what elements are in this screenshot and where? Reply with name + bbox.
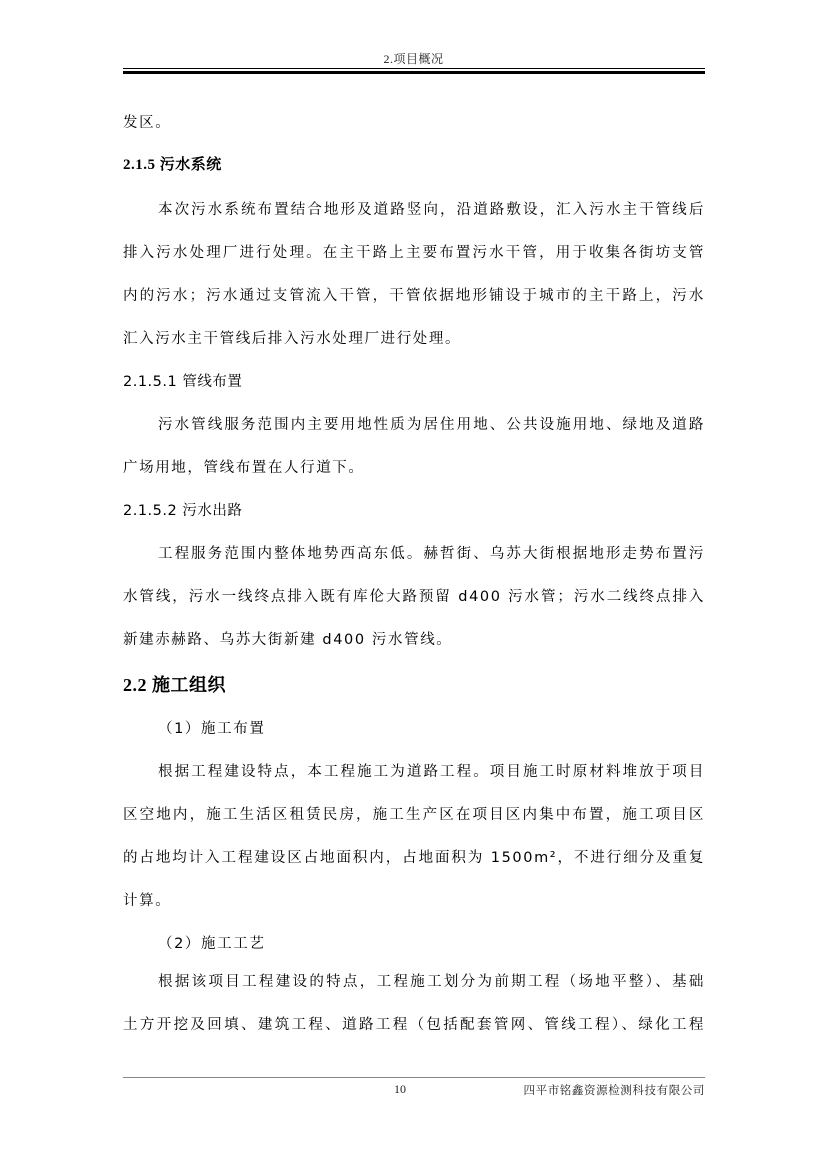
paragraph-line: 土方开挖及回填、建筑工程、道路工程（包括配套管网、管线工程）、绿化工程	[123, 1015, 705, 1035]
paragraph-line: 水管线，污水一线终点排入既有库伦大路预留 d400 污水管；污水二线终点排入	[123, 587, 705, 607]
paragraph-line: 根据该项目工程建设的特点，工程施工划分为前期工程（场地平整）、基础	[158, 972, 705, 992]
footer-company-name: 四平市铭鑫资源检测科技有限公司	[524, 1082, 706, 1098]
section-heading-2-1-5: 2.1.5 污水系统	[123, 155, 705, 175]
running-header-title: 2.项目概况	[0, 50, 827, 67]
paragraph-line: 新建赤赫路、乌苏大街新建 d400 污水管线。	[123, 630, 705, 650]
paragraph-line: 根据工程建设特点，本工程施工为道路工程。项目施工时原材料堆放于项目	[158, 762, 705, 782]
paragraph-line: 广场用地，管线布置在人行道下。	[123, 458, 705, 478]
list-item-label: （2）施工工艺	[158, 934, 705, 954]
paragraph-line: 工程服务范围内整体地势西高东低。赫哲街、乌苏大街根据地形走势布置污	[158, 544, 705, 564]
document-page: 2.项目概况 发区。 2.1.5 污水系统 本次污水系统布置结合地形及道路竖向，…	[0, 0, 827, 1169]
paragraph-line: 污水管线服务范围内主要用地性质为居住用地、公共设施用地、绿地及道路	[158, 415, 705, 435]
header-rule-thick	[123, 71, 705, 74]
paragraph-line: 计算。	[123, 891, 705, 911]
paragraph-line: 内的污水；污水通过支管流入干管，干管依据地形铺设于城市的主干路上，污水	[123, 286, 705, 306]
paragraph-line: 区空地内，施工生活区租赁民房，施工生产区在项目区内集中布置，施工项目区	[123, 805, 705, 825]
paragraph-line: 的占地均计入工程建设区占地面积内，占地面积为 1500m²，不进行细分及重复	[123, 848, 705, 868]
subsection-heading-2-1-5-2: 2.1.5.2 污水出路	[123, 501, 705, 521]
paragraph-line: 排入污水处理厂进行处理。在主干路上主要布置污水干管，用于收集各街坊支管	[123, 243, 705, 263]
section-heading-2-2: 2.2 施工组织	[123, 675, 705, 695]
paragraph-line: 本次污水系统布置结合地形及道路竖向，沿道路敷设，汇入污水主干管线后	[158, 200, 705, 220]
paragraph-line: 汇入污水主干管线后排入污水处理厂进行处理。	[123, 329, 705, 349]
header-rule-thin	[123, 68, 705, 69]
list-item-label: （1）施工布置	[158, 719, 705, 739]
continuation-text: 发区。	[123, 113, 705, 133]
page-number: 10	[380, 1082, 420, 1097]
footer-rule	[123, 1077, 705, 1078]
subsection-heading-2-1-5-1: 2.1.5.1 管线布置	[123, 372, 705, 392]
